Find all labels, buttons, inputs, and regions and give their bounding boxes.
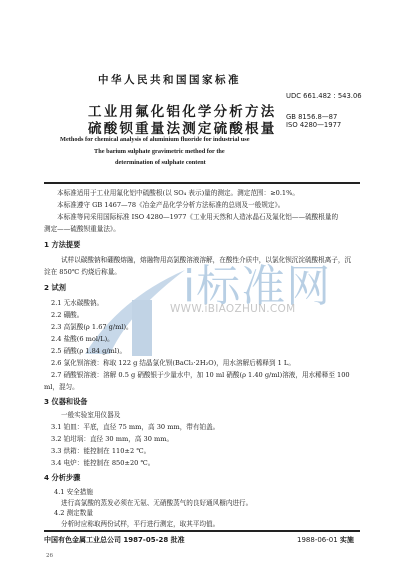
page-number: 26 [46,553,53,559]
section-4-heading: 4 分析步骤 [44,473,80,483]
reagent-2-3: 2.3 高氯酸(ρ 1.67 g/ml)。 [51,323,133,331]
document-page: i标准网 WWW.iBIAOZHUN.COM 中华人民共和国国家标准 工业用氟化… [0,0,400,585]
iso-number: ISO 4280—1977 [286,121,341,129]
udc-code: UDC 661.482 : 543.06 [286,92,362,100]
effective-date: 1988-06-01 [297,536,338,544]
intro-line-4: 测定——硫酸钡重量法》。 [44,225,120,233]
reagent-2-7: 2.7 硝酸银溶液：溶解 0.5 g 硝酸银于少量水中，加 10 ml 硝酸(ρ… [51,371,350,379]
title-line-2: 硫酸钡重量法测定硫酸根量 [88,117,276,137]
approval-info: 中国有色金属工业总公司 1987-05-28 批准 [44,535,185,545]
intro-line-2: 本标准遵守 GB 1467—78《冶金产品化学分析方法标准的总则及一般规定》。 [57,201,284,209]
reagent-2-5: 2.5 硝酸(ρ 1.84 g/ml)。 [51,347,126,355]
reagent-2-2: 2.2 硼酸。 [51,311,83,319]
intro-line-1: 本标准适用于工业用氟化铝中硫酸根(以 SO₄ 表示)量的测定。测定范围：≥0.1… [57,189,299,197]
gb-number: GB 8156.8—87 [286,113,341,121]
section-3-intro: 一般实验室用仪器及 [61,411,120,419]
effective-info: 1988-06-01 实施 [297,535,354,545]
apparatus-3-1: 3.1 铂皿：平底，直径 75 mm，高 30 mm，带有铂盖。 [51,423,219,431]
watermark-url: WWW.iBIAOZHUN.COM [170,303,295,315]
section-1-text-1: 试样以碳酸钠和硼酸熔融，熔融物用高氯酸溶液溶解，在酸性介质中，以氯化钡沉淀硫酸根… [61,256,351,264]
header-divider [44,182,360,184]
section-4-1-heading: 4.1 安全措施 [54,488,93,496]
intro-line-3: 本标准等同采用国际标准 ISO 4280—1977《工业用天然和人造冰晶石及氟化… [57,213,338,221]
section-3-heading: 3 仪器和设备 [44,397,87,407]
section-4-2-text: 分析时应称取两份试样，平行进行测定，取其平均值。 [61,520,219,528]
reagent-2-4: 2.4 盐酸(6 mol/L)。 [51,335,114,343]
footer-divider [44,530,360,532]
apparatus-3-4: 3.4 电炉：能控制在 850±20 ℃。 [51,459,154,467]
apparatus-3-2: 3.2 铂坩埚：直径 30 mm，高 30 mm。 [51,435,173,443]
section-4-2-heading: 4.2 测定数量 [54,509,93,517]
apparatus-3-3: 3.3 烘箱：能控制在 110±2 ℃。 [51,447,150,455]
reagent-2-6: 2.6 氯化钡溶液：称取 122 g 结晶氯化钡(BaCl₂·2H₂O)，用水溶… [51,359,295,367]
english-title-line-2: The barium sulphate gravimetric method f… [94,148,225,155]
effective-label: 实施 [340,536,354,544]
national-standard-label: 中华人民共和国国家标准 [98,72,241,87]
english-title-line-1: Methods for chemical analysis of alumini… [60,136,250,143]
section-1-text-2: 淀在 850℃ 灼烧后称量。 [44,268,121,276]
reagent-2-7-cont: ml，混匀。 [44,383,79,391]
reagent-2-1: 2.1 无水碳酸钠。 [51,299,103,307]
english-title-line-3: determination of sulphate content [115,159,206,166]
section-4-1-text: 进行高氯酸的蒸发必须在无氨、无硝酸蒸气的良好通风橱内进行。 [61,499,252,507]
section-2-heading: 2 试剂 [44,283,66,293]
standard-numbers: GB 8156.8—87 ISO 4280—1977 [286,113,341,129]
section-1-heading: 1 方法提要 [44,240,80,250]
